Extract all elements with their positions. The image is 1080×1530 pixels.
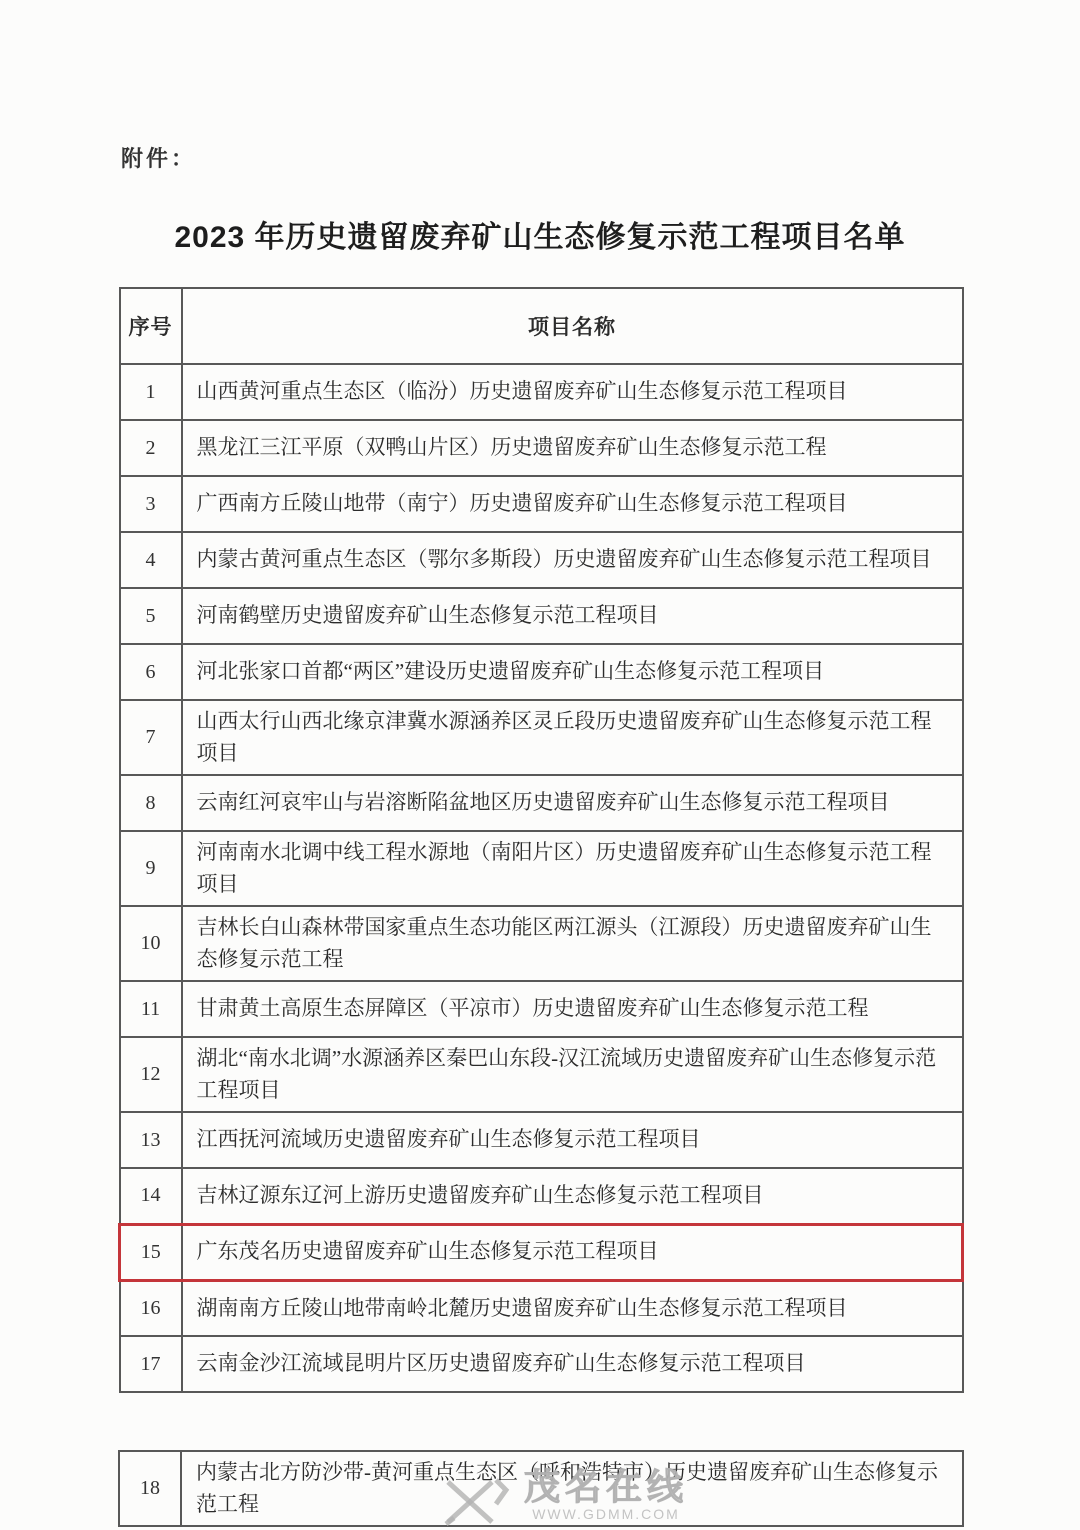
- row-index-cell: 3: [120, 476, 182, 532]
- table-row: 2黑龙江三江平原（双鸭山片区）历史遗留废弃矿山生态修复示范工程: [120, 420, 963, 476]
- project-name-cell: 山西黄河重点生态区（临汾）历史遗留废弃矿山生态修复示范工程项目: [182, 364, 963, 420]
- project-name-cell: 河南鹤壁历史遗留废弃矿山生态修复示范工程项目: [182, 588, 963, 644]
- row-index-cell: 14: [120, 1168, 182, 1224]
- table-header-row: 序号 项目名称: [120, 288, 963, 364]
- project-name-cell: 吉林辽源东辽河上游历史遗留废弃矿山生态修复示范工程项目: [182, 1168, 963, 1224]
- row-index-cell: 7: [120, 700, 182, 775]
- table-row: 18内蒙古北方防沙带-黄河重点生态区（呼和浩特市）历史遗留废弃矿山生态修复示范工…: [119, 1451, 963, 1526]
- row-index-cell: 10: [120, 906, 182, 981]
- project-name-cell: 内蒙古黄河重点生态区（鄂尔多斯段）历史遗留废弃矿山生态修复示范工程项目: [182, 532, 963, 588]
- row-index-cell: 6: [120, 644, 182, 700]
- table-row-highlighted: 15广东茂名历史遗留废弃矿山生态修复示范工程项目: [120, 1224, 963, 1280]
- table-row: 3广西南方丘陵山地带（南宁）历史遗留废弃矿山生态修复示范工程项目: [120, 476, 963, 532]
- row-index-cell: 5: [120, 588, 182, 644]
- page-title: 2023 年历史遗留废弃矿山生态修复示范工程项目名单: [0, 212, 1080, 256]
- project-name-cell: 湖北“南水北调”水源涵养区秦巴山东段-汉江流域历史遗留废弃矿山生态修复示范工程项…: [182, 1037, 963, 1112]
- row-index-cell: 13: [120, 1112, 182, 1168]
- row-index-cell: 2: [120, 420, 182, 476]
- row-index-cell: 12: [120, 1037, 182, 1112]
- project-name-cell: 河北张家口首都“两区”建设历史遗留废弃矿山生态修复示范工程项目: [182, 644, 963, 700]
- project-name-cell: 河南南水北调中线工程水源地（南阳片区）历史遗留废弃矿山生态修复示范工程项目: [182, 831, 963, 906]
- project-name-cell: 云南红河哀牢山与岩溶断陷盆地区历史遗留废弃矿山生态修复示范工程项目: [182, 775, 963, 831]
- table-row: 9河南南水北调中线工程水源地（南阳片区）历史遗留废弃矿山生态修复示范工程项目: [120, 831, 963, 906]
- table-row: 16湖南南方丘陵山地带南岭北麓历史遗留废弃矿山生态修复示范工程项目: [120, 1280, 963, 1336]
- document-page: 附件： 2023 年历史遗留废弃矿山生态修复示范工程项目名单 序号 项目名称 1…: [0, 0, 1080, 1530]
- table-row: 1山西黄河重点生态区（临汾）历史遗留废弃矿山生态修复示范工程项目: [120, 364, 963, 420]
- row-index-cell: 16: [120, 1280, 182, 1336]
- attachment-label: 附件：: [121, 142, 196, 173]
- table-row: 6河北张家口首都“两区”建设历史遗留废弃矿山生态修复示范工程项目: [120, 644, 963, 700]
- projects-table: 序号 项目名称 1山西黄河重点生态区（临汾）历史遗留废弃矿山生态修复示范工程项目…: [118, 287, 964, 1393]
- row-index-cell: 8: [120, 775, 182, 831]
- project-name-cell: 吉林长白山森林带国家重点生态功能区两江源头（江源段）历史遗留废弃矿山生态修复示范…: [182, 906, 963, 981]
- project-name-cell: 广西南方丘陵山地带（南宁）历史遗留废弃矿山生态修复示范工程项目: [182, 476, 963, 532]
- table-row: 10吉林长白山森林带国家重点生态功能区两江源头（江源段）历史遗留废弃矿山生态修复…: [120, 906, 963, 981]
- project-name-cell: 云南金沙江流域昆明片区历史遗留废弃矿山生态修复示范工程项目: [182, 1336, 963, 1392]
- table-row: 12湖北“南水北调”水源涵养区秦巴山东段-汉江流域历史遗留废弃矿山生态修复示范工…: [120, 1037, 963, 1112]
- project-name-cell: 江西抚河流域历史遗留废弃矿山生态修复示范工程项目: [182, 1112, 963, 1168]
- table-row: 4内蒙古黄河重点生态区（鄂尔多斯段）历史遗留废弃矿山生态修复示范工程项目: [120, 532, 963, 588]
- row-index-cell: 11: [120, 981, 182, 1037]
- row-index-cell: 4: [120, 532, 182, 588]
- table-row: 13江西抚河流域历史遗留废弃矿山生态修复示范工程项目: [120, 1112, 963, 1168]
- col-header-name: 项目名称: [182, 288, 963, 364]
- project-name-cell: 山西太行山西北缘京津冀水源涵养区灵丘段历史遗留废弃矿山生态修复示范工程项目: [182, 700, 963, 775]
- table-row: 14吉林辽源东辽河上游历史遗留废弃矿山生态修复示范工程项目: [120, 1168, 963, 1224]
- row-index-cell: 17: [120, 1336, 182, 1392]
- row-index-cell: 9: [120, 831, 182, 906]
- projects-table-continued: 18内蒙古北方防沙带-黄河重点生态区（呼和浩特市）历史遗留废弃矿山生态修复示范工…: [118, 1450, 964, 1527]
- project-name-cell: 甘肃黄土高原生态屏障区（平凉市）历史遗留废弃矿山生态修复示范工程: [182, 981, 963, 1037]
- table-row: 17云南金沙江流域昆明片区历史遗留废弃矿山生态修复示范工程项目: [120, 1336, 963, 1392]
- table-row: 11甘肃黄土高原生态屏障区（平凉市）历史遗留废弃矿山生态修复示范工程: [120, 981, 963, 1037]
- project-name-cell: 黑龙江三江平原（双鸭山片区）历史遗留废弃矿山生态修复示范工程: [182, 420, 963, 476]
- row-index-cell: 18: [119, 1451, 181, 1526]
- table-row: 7山西太行山西北缘京津冀水源涵养区灵丘段历史遗留废弃矿山生态修复示范工程项目: [120, 700, 963, 775]
- table-row: 8云南红河哀牢山与岩溶断陷盆地区历史遗留废弃矿山生态修复示范工程项目: [120, 775, 963, 831]
- project-name-cell: 内蒙古北方防沙带-黄河重点生态区（呼和浩特市）历史遗留废弃矿山生态修复示范工程: [181, 1451, 963, 1526]
- row-index-cell: 1: [120, 364, 182, 420]
- table-row: 5河南鹤壁历史遗留废弃矿山生态修复示范工程项目: [120, 588, 963, 644]
- row-index-cell: 15: [120, 1224, 182, 1280]
- project-name-cell: 湖南南方丘陵山地带南岭北麓历史遗留废弃矿山生态修复示范工程项目: [182, 1280, 963, 1336]
- col-header-index: 序号: [120, 288, 182, 364]
- project-name-cell: 广东茂名历史遗留废弃矿山生态修复示范工程项目: [182, 1224, 963, 1280]
